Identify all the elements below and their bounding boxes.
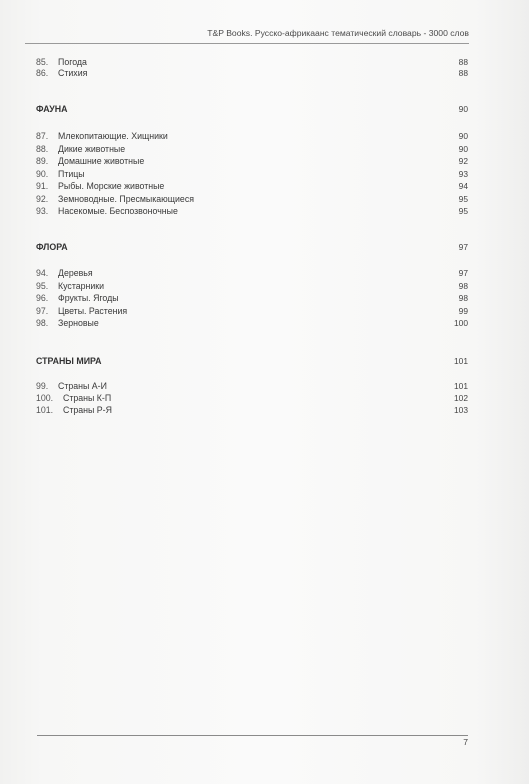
entry-number: 94. bbox=[36, 268, 48, 278]
toc-entry[interactable]: 101. Страны Р-Я 103 bbox=[36, 405, 468, 417]
entry-page: 99 bbox=[459, 306, 468, 316]
entry-page: 98 bbox=[459, 281, 468, 291]
entry-label: Земноводные. Пресмыкающиеся bbox=[58, 194, 194, 204]
entry-number: 95. bbox=[36, 281, 48, 291]
entry-page: 102 bbox=[454, 393, 468, 403]
section-title: ФАУНА bbox=[36, 104, 68, 114]
page-number: 7 bbox=[440, 737, 468, 747]
entry-label: Деревья bbox=[58, 268, 93, 278]
toc-entry[interactable]: 94. Деревья 97 bbox=[36, 268, 468, 280]
entry-number: 87. bbox=[36, 131, 48, 141]
entry-page: 97 bbox=[459, 268, 468, 278]
entry-label: Млекопитающие. Хищники bbox=[58, 131, 168, 141]
entry-number: 88. bbox=[36, 144, 48, 154]
entry-label: Домашние животные bbox=[58, 156, 144, 166]
entry-page: 100 bbox=[454, 318, 468, 328]
entry-number: 97. bbox=[36, 306, 48, 316]
running-header: T&P Books. Русско-африкаанс тематический… bbox=[25, 28, 469, 44]
entry-page: 98 bbox=[459, 293, 468, 303]
header-divider bbox=[25, 43, 469, 44]
entry-number: 100. bbox=[36, 393, 53, 403]
section-title: СТРАНЫ МИРА bbox=[36, 356, 101, 366]
toc-entry[interactable]: 98. Зерновые 100 bbox=[36, 318, 468, 330]
toc-entry[interactable]: 95. Кустарники 98 bbox=[36, 281, 468, 293]
toc-entry[interactable]: 97. Цветы. Растения 99 bbox=[36, 306, 468, 318]
toc-entry[interactable]: 91. Рыбы. Морские животные 94 bbox=[36, 181, 468, 193]
toc-entry[interactable]: 92. Земноводные. Пресмыкающиеся 95 bbox=[36, 194, 468, 206]
section-page: 101 bbox=[454, 356, 468, 366]
entry-number: 96. bbox=[36, 293, 48, 303]
toc-entry[interactable]: 88. Дикие животные 90 bbox=[36, 144, 468, 156]
entry-page: 95 bbox=[459, 194, 468, 204]
toc-entry[interactable]: 86. Стихия 88 bbox=[36, 68, 468, 80]
toc-entry[interactable]: 99. Страны А-И 101 bbox=[36, 381, 468, 393]
section-page: 97 bbox=[459, 242, 468, 252]
toc-entry[interactable]: 87. Млекопитающие. Хищники 90 bbox=[36, 131, 468, 143]
section-heading-countries[interactable]: СТРАНЫ МИРА 101 bbox=[36, 356, 468, 368]
entry-number: 90. bbox=[36, 169, 48, 179]
section-title: ФЛОРА bbox=[36, 242, 68, 252]
toc-entry[interactable]: 89. Домашние животные 92 bbox=[36, 156, 468, 168]
entry-label: Страны Р-Я bbox=[63, 405, 112, 415]
entry-label: Дикие животные bbox=[58, 144, 125, 154]
entry-number: 93. bbox=[36, 206, 48, 216]
entry-label: Зерновые bbox=[58, 318, 99, 328]
entry-page: 88 bbox=[459, 57, 468, 67]
entry-page: 103 bbox=[454, 405, 468, 415]
entry-page: 93 bbox=[459, 169, 468, 179]
entry-label: Цветы. Растения bbox=[58, 306, 127, 316]
entry-number: 85. bbox=[36, 57, 48, 67]
entry-page: 92 bbox=[459, 156, 468, 166]
entry-label: Фрукты. Ягоды bbox=[58, 293, 119, 303]
section-heading-flora[interactable]: ФЛОРА 97 bbox=[36, 242, 468, 254]
entry-page: 101 bbox=[454, 381, 468, 391]
entry-label: Кустарники bbox=[58, 281, 104, 291]
toc-entry[interactable]: 100. Страны К-П 102 bbox=[36, 393, 468, 405]
entry-label: Страны К-П bbox=[63, 393, 111, 403]
entry-number: 99. bbox=[36, 381, 48, 391]
entry-label: Рыбы. Морские животные bbox=[58, 181, 164, 191]
entry-number: 89. bbox=[36, 156, 48, 166]
section-heading-fauna[interactable]: ФАУНА 90 bbox=[36, 104, 468, 116]
toc-entry[interactable]: 90. Птицы 93 bbox=[36, 169, 468, 181]
entry-page: 95 bbox=[459, 206, 468, 216]
entry-label: Насекомые. Беспозвоночные bbox=[58, 206, 178, 216]
entry-number: 101. bbox=[36, 405, 53, 415]
entry-page: 90 bbox=[459, 144, 468, 154]
entry-number: 98. bbox=[36, 318, 48, 328]
entry-page: 90 bbox=[459, 131, 468, 141]
entry-label: Страны А-И bbox=[58, 381, 107, 391]
entry-page: 94 bbox=[459, 181, 468, 191]
section-page: 90 bbox=[459, 104, 468, 114]
entry-number: 86. bbox=[36, 68, 48, 78]
entry-number: 91. bbox=[36, 181, 48, 191]
entry-label: Стихия bbox=[58, 68, 87, 78]
entry-label: Погода bbox=[58, 57, 87, 67]
footer-divider bbox=[37, 735, 468, 736]
toc-entry[interactable]: 93. Насекомые. Беспозвоночные 95 bbox=[36, 206, 468, 218]
entry-label: Птицы bbox=[58, 169, 85, 179]
entry-page: 88 bbox=[459, 68, 468, 78]
toc-entry[interactable]: 96. Фрукты. Ягоды 98 bbox=[36, 293, 468, 305]
entry-number: 92. bbox=[36, 194, 48, 204]
